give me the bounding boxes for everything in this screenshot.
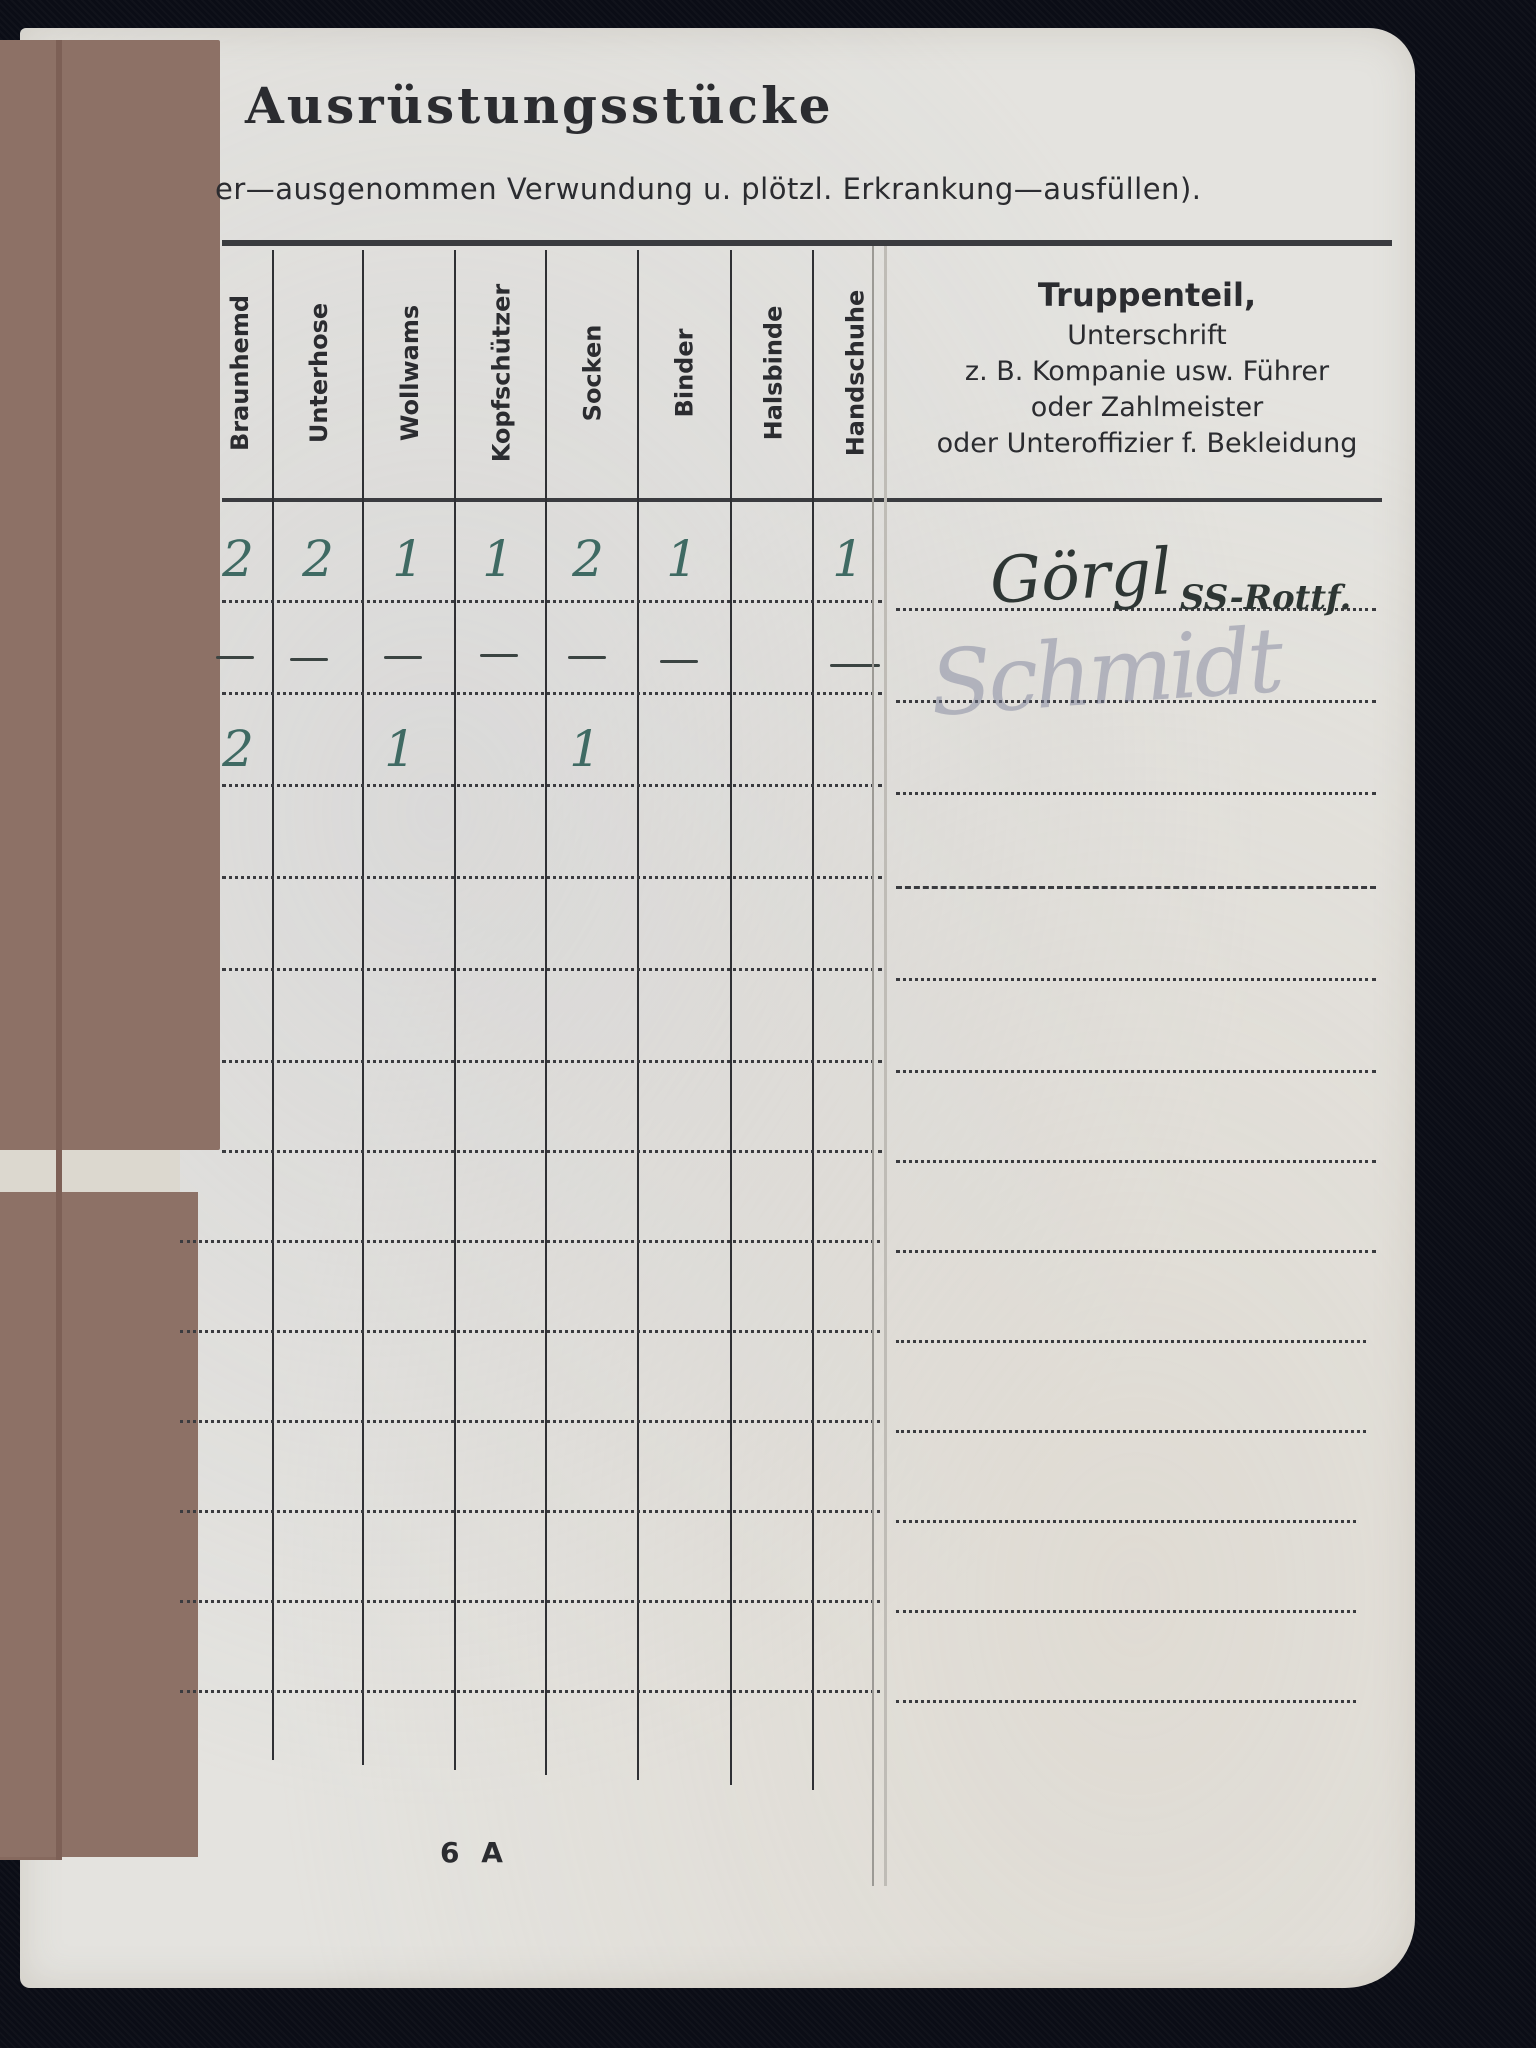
cell-row3-socken: 1 bbox=[545, 720, 625, 778]
cell-row2-dash bbox=[290, 658, 328, 661]
cell-row2-dash bbox=[660, 660, 698, 663]
row-line bbox=[222, 1150, 882, 1153]
right-row-line bbox=[896, 1520, 1356, 1523]
cover-fold bbox=[56, 40, 62, 1860]
row-line bbox=[222, 600, 882, 603]
cell-row1-wollwams: 1 bbox=[368, 530, 448, 588]
form-number: 6 A bbox=[440, 1836, 509, 1869]
column-divider bbox=[730, 250, 732, 1785]
row-line bbox=[222, 876, 882, 879]
row-line bbox=[222, 784, 882, 787]
cell-row1-handschuhe: 1 bbox=[808, 530, 888, 588]
header-unterschrift: Unterschrift bbox=[902, 318, 1392, 354]
cell-row3-wollwams: 1 bbox=[360, 720, 440, 778]
right-row-line bbox=[896, 1340, 1366, 1343]
row-line bbox=[180, 1600, 880, 1603]
row-line bbox=[180, 1330, 880, 1333]
column-header-binder: Binder bbox=[644, 258, 724, 488]
column-divider bbox=[454, 250, 456, 1770]
cell-row2-dash bbox=[480, 654, 518, 657]
right-row-line bbox=[896, 886, 1376, 889]
right-column-border bbox=[872, 246, 874, 1886]
row-line bbox=[180, 1420, 880, 1423]
column-header-rule bbox=[222, 498, 1382, 502]
row-line bbox=[222, 692, 882, 695]
right-row-line bbox=[896, 1250, 1376, 1253]
column-header-wollwams: Wollwams bbox=[370, 258, 450, 488]
signature-rank: SS-Rottf. bbox=[1180, 578, 1351, 618]
column-header-kopfschuetzer: Kopfschützer bbox=[461, 258, 541, 488]
row-line bbox=[222, 968, 882, 971]
cell-row1-unterhose: 2 bbox=[278, 530, 358, 588]
cell-row1-socken: 2 bbox=[548, 530, 628, 588]
ink-signature: Görgl bbox=[988, 535, 1173, 618]
spine-gap bbox=[0, 1150, 180, 1192]
header-unteroffizier: oder Unteroffizier f. Bekleidung bbox=[902, 426, 1392, 462]
row-line bbox=[180, 1240, 880, 1243]
header-zahlmeister: oder Zahlmeister bbox=[902, 390, 1392, 426]
right-column-edge bbox=[884, 246, 887, 1886]
right-row-line bbox=[896, 1070, 1376, 1073]
right-row-line bbox=[896, 1160, 1376, 1163]
column-header-unterhose: Unterhose bbox=[279, 258, 359, 488]
column-header-halsbinde: Halsbinde bbox=[733, 258, 813, 488]
column-header-handschuhe: Handschuhe bbox=[815, 258, 895, 488]
right-row-line bbox=[896, 1610, 1356, 1613]
column-divider bbox=[362, 250, 364, 1765]
cell-row2-dash bbox=[384, 656, 422, 659]
right-column-header: Truppenteil, Unterschrift z. B. Kompanie… bbox=[902, 276, 1392, 462]
right-row-line bbox=[896, 1430, 1366, 1433]
right-row-line bbox=[896, 792, 1376, 795]
row-line bbox=[222, 1060, 882, 1063]
right-row-line bbox=[896, 1700, 1356, 1703]
row-line bbox=[180, 1510, 880, 1513]
document-title: Ausrüstungsstücke bbox=[245, 76, 834, 135]
cell-row3-braunhemd: 2 bbox=[198, 720, 278, 778]
column-header-socken: Socken bbox=[552, 258, 632, 488]
cell-row2-dash bbox=[216, 656, 254, 659]
right-row-line bbox=[896, 978, 1376, 981]
cell-row1-binder: 1 bbox=[642, 530, 722, 588]
column-divider bbox=[545, 250, 547, 1775]
cell-row1-braunhemd: 2 bbox=[198, 530, 278, 588]
header-rule bbox=[222, 240, 1392, 246]
document-subtitle: er—ausgenommen Verwundung u. plötzl. Erk… bbox=[215, 172, 1201, 206]
cell-row1-kopfschuetzer: 1 bbox=[458, 530, 538, 588]
column-header-braunhemd: Braunhemd bbox=[200, 258, 280, 488]
cover-flap-top bbox=[0, 40, 220, 1150]
cover-flap-bottom bbox=[0, 1192, 198, 1857]
row-line bbox=[180, 1690, 880, 1693]
column-divider bbox=[637, 250, 639, 1780]
cell-row2-dash bbox=[568, 656, 606, 659]
header-truppenteil: Truppenteil, bbox=[902, 276, 1392, 314]
header-kompanie: z. B. Kompanie usw. Führer bbox=[902, 354, 1392, 390]
